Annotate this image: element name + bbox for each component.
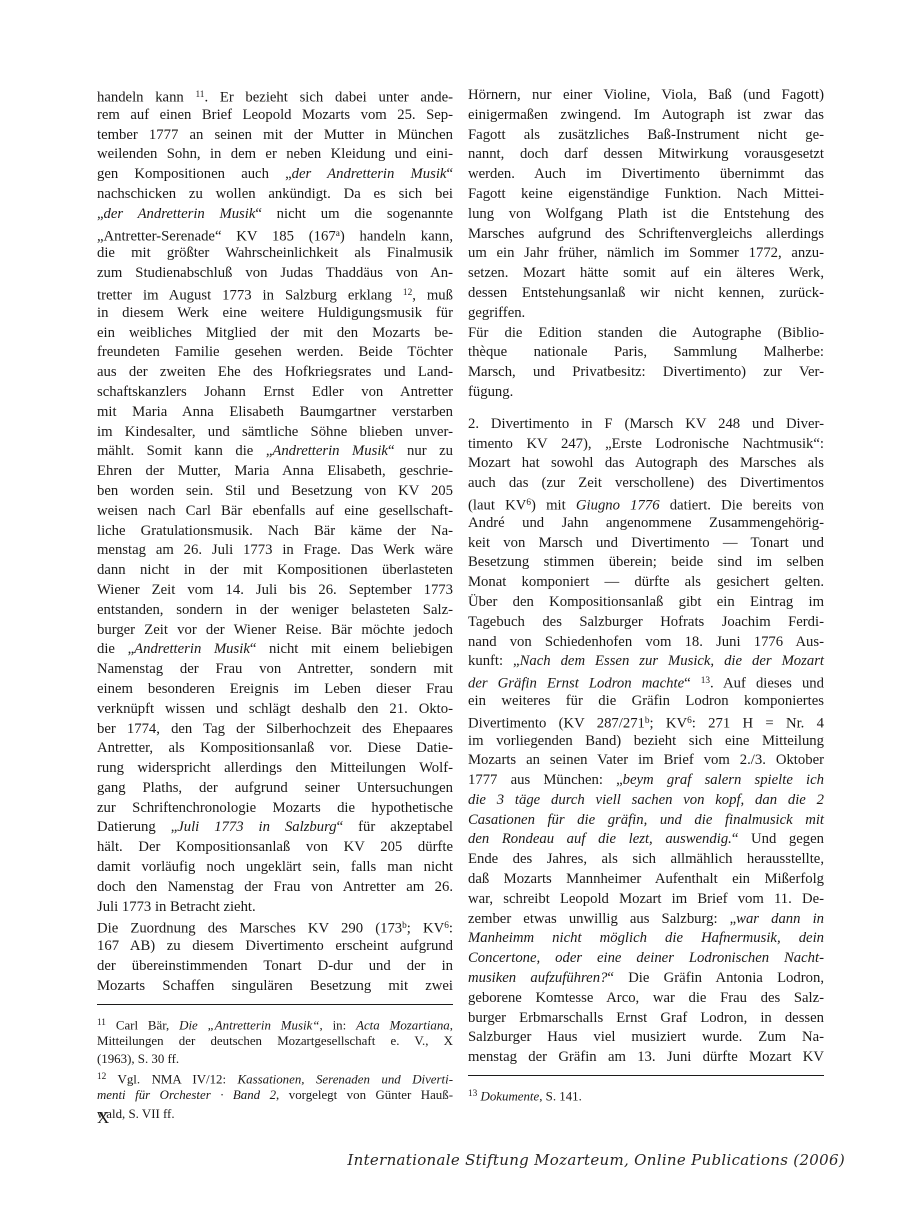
text-line: 11 Carl Bär, Die „Antretterin Musik“, in…: [97, 1014, 453, 1032]
text-line: einem besonderen Ereignis im Leben diese…: [97, 680, 453, 700]
text-line: daß Mozarts Mannheimer Aufenthalt ein Mi…: [468, 870, 824, 890]
text-line: menti für Orchester · Band 2, vorgelegt …: [97, 1086, 453, 1104]
text-line: Datierung „Juli 1773 in Salzburg“ für ak…: [97, 818, 453, 838]
text-line: kunft: „Nach dem Essen zur Musick, die d…: [468, 652, 824, 672]
text-line: Ende des Jahres, als sich allmählich her…: [468, 850, 824, 870]
text-line: Tagebuch des Salzburger Hofrats Joachim …: [468, 613, 824, 633]
paragraph: 2. Divertimento in F (Marsch KV 248 und …: [468, 415, 824, 1068]
footnote-separator: [468, 1075, 824, 1076]
text-line: 1777 aus München: „beym graf salern spie…: [468, 771, 824, 791]
text-line: 2. Divertimento in F (Marsch KV 248 und …: [468, 415, 824, 435]
text-line: keit von Marsch und Divertimento — Tonar…: [468, 534, 824, 554]
text-line: Marsch, und Privatbesitz: Divertimento) …: [468, 363, 824, 383]
text-line: war, schreibt Leopold Mozart im Brief vo…: [468, 890, 824, 910]
text-line: Divertimento (KV 287/271b; KV6: 271 H = …: [468, 712, 824, 732]
footnotes: 13 Dokumente, S. 141.: [468, 1085, 824, 1103]
text-line: thèque nationale Paris, Sammlung Malherb…: [468, 343, 824, 363]
text-line: entstanden, sondern in der weniger belas…: [97, 601, 453, 621]
text-line: freundeten Familie gesehen werden. Beide…: [97, 343, 453, 363]
two-column-text-block: handeln kann 11. Er bezieht sich dabei u…: [97, 86, 824, 1123]
text-line: werden. Auch im Divertimento übernimmt d…: [468, 165, 824, 185]
text-line: der übereinstimmenden Tonart D-dur und d…: [97, 957, 453, 977]
paragraph: Für die Edition standen die Autographe (…: [468, 324, 824, 403]
text-line: mählt. Somit kann die „Andretterin Musik…: [97, 442, 453, 462]
text-line: Mitteilungen der deutschen Mozartgesells…: [97, 1032, 453, 1050]
text-line: einigermaßen zwingend. Im Autograph ist …: [468, 106, 824, 126]
page-number: X: [97, 1108, 109, 1128]
footnotes: 11 Carl Bär, Die „Antretterin Musik“, in…: [97, 1014, 453, 1123]
text-line: zum Studienabschluß von Judas Thaddäus v…: [97, 264, 453, 284]
text-line: doch den Namenstag der Frau von Antrette…: [97, 878, 453, 898]
text-line: zember etwas unwillig aus Salzburg: „war…: [468, 910, 824, 930]
text-line: timento KV 247), „Erste Lodronische Nach…: [468, 435, 824, 455]
footnote: 13 Dokumente, S. 141.: [468, 1085, 824, 1103]
text-line: lung von Wolfgang Plath ist die Entstehu…: [468, 205, 824, 225]
text-line: ein weibliches Mitglied der mit den Moza…: [97, 324, 453, 344]
text-line: rem auf einen Brief Leopold Mozarts vom …: [97, 106, 453, 126]
text-line: Besetzung stimmen überein; beide sind im…: [468, 553, 824, 573]
text-line: Salzburger Haus viel musiziert wurde. Zu…: [468, 1028, 824, 1048]
text-line: tretter im August 1773 in Salzburg erkla…: [97, 284, 453, 304]
text-line: „Antretter-Serenade“ KV 185 (167a) hande…: [97, 225, 453, 245]
text-line: Ehren der Mutter, Maria Anna Elisabeth, …: [97, 462, 453, 482]
text-line: nannt, doch darf dessen Mitwirkung vorau…: [468, 145, 824, 165]
text-line: wald, S. VII ff.: [97, 1105, 453, 1123]
text-line: Juli 1773 in Betracht zieht.: [97, 898, 453, 918]
text-line: dann nicht in der mit Kompositionen über…: [97, 561, 453, 581]
text-line: fügung.: [468, 383, 824, 403]
text-line: Die Zuordnung des Marsches KV 290 (173b;…: [97, 917, 453, 937]
text-line: Concertone, oder eine deiner Lodronische…: [468, 949, 824, 969]
right-column: Hörnern, nur einer Violine, Viola, Baß (…: [468, 86, 824, 1123]
text-line: Mozarts Schaffen singulären Besetzung mi…: [97, 977, 453, 997]
text-line: Casationen für die gräfin, und die final…: [468, 811, 824, 831]
text-line: ein weiteres für die Gräfin Lodron kompo…: [468, 692, 824, 712]
text-line: gen Kompositionen auch „der Andretterin …: [97, 165, 453, 185]
text-line: 13 Dokumente, S. 141.: [468, 1085, 824, 1103]
text-line: ben worden sein. Stil und Besetzung von …: [97, 482, 453, 502]
footnote: 11 Carl Bär, Die „Antretterin Musik“, in…: [97, 1014, 453, 1069]
text-line: nachschicken zu wollen ankündigt. Da es …: [97, 185, 453, 205]
text-line: im Kindesalter, und sämtliche Söhne blie…: [97, 423, 453, 443]
document-page: handeln kann 11. Er bezieht sich dabei u…: [0, 0, 900, 1220]
text-line: den Rondeau auf die lezt, auswendig.“ Un…: [468, 830, 824, 850]
text-line: zur Schriftenchronologie Mozarts die hyp…: [97, 799, 453, 819]
text-line: damit vorläufig noch ungeklärt sein, fal…: [97, 858, 453, 878]
text-line: Mozart hat sowohl das Autograph des Mars…: [468, 454, 824, 474]
text-line: verknüpft wissen und schlägt deshalb den…: [97, 700, 453, 720]
text-line: musiken aufzuführen?“ Die Gräfin Antonia…: [468, 969, 824, 989]
left-column: handeln kann 11. Er bezieht sich dabei u…: [97, 86, 453, 1123]
text-line: 12 Vgl. NMA IV/12: Kassationen, Serenade…: [97, 1068, 453, 1086]
text-line: gang Plaths, der aufgrund seiner Untersu…: [97, 779, 453, 799]
text-line: geborene Komtesse Arco, war die Frau des…: [468, 989, 824, 1009]
text-line: liche Gratulationsmusik. Nach Bär käme d…: [97, 522, 453, 542]
text-line: 167 AB) zu diesem Divertimento erscheint…: [97, 937, 453, 957]
paragraph: Hörnern, nur einer Violine, Viola, Baß (…: [468, 86, 824, 324]
text-line: ber 1774, den Tag der Silberhochzeit des…: [97, 720, 453, 740]
text-line: weilenden Sohn, in dem er neben Kleidung…: [97, 145, 453, 165]
text-line: tember 1777 an seinen mit der Mutter in …: [97, 126, 453, 146]
text-line: die „Andretterin Musik“ nicht mit einem …: [97, 640, 453, 660]
text-line: hält. Der Kompositionsanlaß von KV 205 d…: [97, 838, 453, 858]
text-line: Hörnern, nur einer Violine, Viola, Baß (…: [468, 86, 824, 106]
text-line: um ein Jahr früher, nämlich im Sommer 17…: [468, 244, 824, 264]
text-line: burger Zeit vor der Wiener Reise. Bär mö…: [97, 621, 453, 641]
text-line: schaftskanzlers Johann Ernst Edler von A…: [97, 383, 453, 403]
text-line: Namenstag der Frau von Antretter, sonder…: [97, 660, 453, 680]
text-line: Antretter, als Kompositionsanlaß vor. Di…: [97, 739, 453, 759]
text-line: in diesem Werk eine weitere Huldigungsmu…: [97, 304, 453, 324]
text-line: handeln kann 11. Er bezieht sich dabei u…: [97, 86, 453, 106]
text-line: setzen. Mozart hätte somit auf ein älter…: [468, 264, 824, 284]
text-line: Fagott als zusätzliches Baß-Instrument n…: [468, 126, 824, 146]
text-line: gegriffen.: [468, 304, 824, 324]
text-line: (laut KV6) mit Giugno 1776 datiert. Die …: [468, 494, 824, 514]
footnote-separator: [97, 1004, 453, 1005]
text-line: nand von Schiedenhofen vom 18. Juni 1776…: [468, 633, 824, 653]
text-line: „der Andretterin Musik“ nicht um die sog…: [97, 205, 453, 225]
text-line: der Gräfin Ernst Lodron machte“ 13. Auf …: [468, 672, 824, 692]
text-line: rung widerspricht allerdings den Mitteil…: [97, 759, 453, 779]
text-line: (1963), S. 30 ff.: [97, 1050, 453, 1068]
text-line: Manheimm nicht möglich die Hafnermusik, …: [468, 929, 824, 949]
text-line: Marsches aufgrund des Schriftenvergleich…: [468, 225, 824, 245]
text-line: Fagott keine eigenständige Funktion. Nac…: [468, 185, 824, 205]
text-line: die 3 täge durch viell sachen von kopf, …: [468, 791, 824, 811]
text-line: Mozarts an seinen Vater im Brief vom 2./…: [468, 751, 824, 771]
text-line: menstag der Gräfin am 13. Juni dürfte Mo…: [468, 1048, 824, 1068]
text-line: die mit größter Wahrscheinlichkeit als F…: [97, 244, 453, 264]
text-line: weisen nach Carl Bär ebenfalls auf eine …: [97, 502, 453, 522]
text-line: menstag am 26. Juli 1773 in Frage. Das W…: [97, 541, 453, 561]
footnote: 12 Vgl. NMA IV/12: Kassationen, Serenade…: [97, 1068, 453, 1123]
footer-credit: Internationale Stiftung Mozarteum, Onlin…: [347, 1151, 845, 1169]
text-line: mit Maria Anna Elisabeth Baumgartner ver…: [97, 403, 453, 423]
paragraph: Die Zuordnung des Marsches KV 290 (173b;…: [97, 917, 453, 996]
text-line: Über den Kompositionsanlaß gibt ein Eint…: [468, 593, 824, 613]
text-line: auch das (zur Zeit verschollene) des Div…: [468, 474, 824, 494]
text-line: aus der zweiten Ehe des Hofkriegsrates u…: [97, 363, 453, 383]
text-line: dessen Entstehungsanlaß wir nicht kennen…: [468, 284, 824, 304]
text-line: im vorliegenden Band) bezieht sich eine …: [468, 732, 824, 752]
text-line: Für die Edition standen die Autographe (…: [468, 324, 824, 344]
paragraph: handeln kann 11. Er bezieht sich dabei u…: [97, 86, 453, 917]
text-line: burger Erbmarschalls Ernst Graf Lodron, …: [468, 1009, 824, 1029]
text-line: Monat komponiert — dürfte als gesichert …: [468, 573, 824, 593]
text-line: Wiener Zeit vom 14. Juli bis 26. Septemb…: [97, 581, 453, 601]
text-line: André und Jahn angenommene Zusammengehör…: [468, 514, 824, 534]
